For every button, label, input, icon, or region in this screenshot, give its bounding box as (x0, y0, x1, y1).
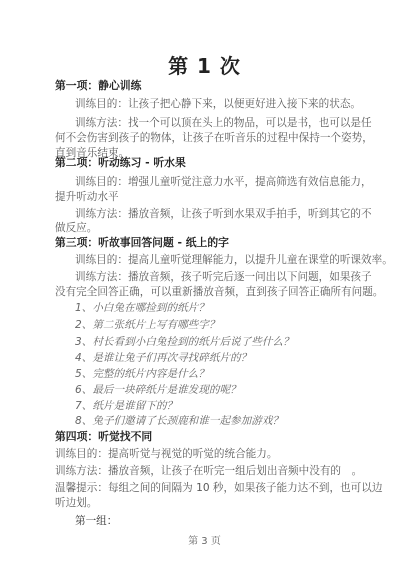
section1-method: 训练方法：找一个可以顶在头上的物品，可以是书，也可以是任 (75, 116, 375, 130)
section2-purpose-cont: 提升听动水平 (55, 190, 355, 204)
section-heading-2: 第二项：听动练习 - 听水果 (55, 156, 355, 170)
section-heading-4: 第四项：听觉找不同 (55, 430, 355, 444)
section1-purpose: 训练目的：让孩子把心静下来，以便更好进入接下来的状态。 (75, 97, 375, 111)
section3-method-cont: 没有完全回答正确，可以重新播放音频，直到孩子回答正确所有问题。 (55, 285, 355, 299)
question-8: 8、兔子们邀请了长颈鹿和谁一起参加游戏？ (75, 414, 375, 428)
question-5: 5、完整的纸片内容是什么？ (75, 367, 375, 381)
question-4: 4、是谁让兔子们再次寻找碎纸片的？ (75, 351, 375, 365)
section-heading-1: 第一项：静心训练 (55, 79, 355, 93)
question-2: 2、第二张纸片上写有哪些字？ (75, 318, 375, 332)
question-7: 7、纸片是谁留下的？ (75, 399, 375, 413)
section4-purpose: 训练目的：提高听觉与视觉的听觉的统合能力。 (55, 447, 355, 461)
section4-tip-end: 听边划。 (55, 496, 355, 510)
section3-method: 训练方法：播放音频，孩子听完后逐一问出以下问题，如果孩子 (75, 270, 375, 284)
section1-method-cont: 何不会伤害到孩子的物体，让孩子在听音乐的过程中保持一个姿势， (55, 131, 355, 145)
question-1: 1、小白兔在哪捡到的纸片？ (75, 301, 375, 315)
page-title: 第 1 次 (0, 50, 409, 79)
page-number: 第 3 页 (0, 532, 409, 547)
section4-method: 训练方法：播放音频，让孩子在听完一组后划出音频中没有的 。 (55, 464, 355, 478)
question-3: 3、村长看到小白兔捡到的纸片后说了些什么？ (75, 335, 375, 349)
group-1-label: 第一组： (75, 514, 375, 528)
section2-method-end: 做反应。 (55, 221, 355, 235)
question-6: 6、最后一块碎纸片是谁发现的呢？ (75, 383, 375, 397)
section3-purpose: 训练目的：提高儿童听觉理解能力，以提升儿童在课堂的听课效率。 (75, 253, 375, 267)
document-page: 第 1 次 第一项：静心训练 训练目的：让孩子把心静下来，以便更好进入接下来的状… (0, 0, 409, 580)
section2-purpose: 训练目的：增强儿童听觉注意力水平，提高筛选有效信息能力， (75, 175, 375, 189)
section-heading-3: 第三项：听故事回答问题 - 纸上的字 (55, 236, 355, 250)
section2-method: 训练方法：播放音频，让孩子听到水果双手拍手，听到其它的不 (75, 207, 375, 221)
section4-tip: 温馨提示：每组之间的间隔为 10 秒，如果孩子能力达不到，也可以边 (55, 481, 355, 495)
